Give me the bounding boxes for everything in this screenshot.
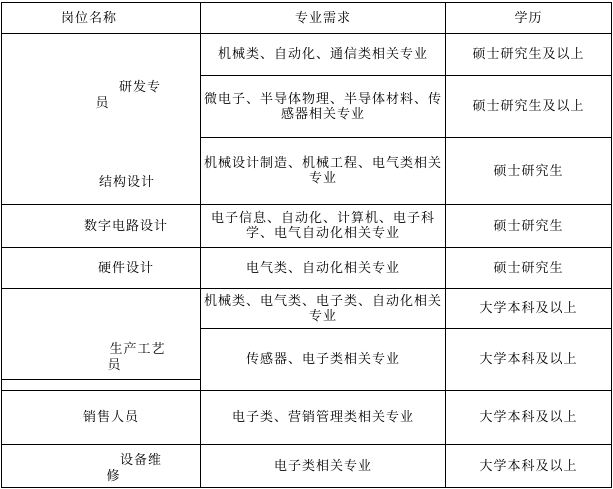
position-process-line1: 生产工艺 [2,342,200,358]
education-cell: 硕士研究生及以上 [446,34,612,76]
education-cell: 大学本科及以上 [446,445,612,488]
position-cell-process: 生产工艺 员 [2,289,201,391]
education-cell: 硕士研究生 [446,205,612,248]
table-row: 生产工艺 员 机械类、电气类、电子类、自动化相关 专业 大学本科及以上 [2,289,612,329]
table-row: 数字电路设计 电子信息、自动化、计算机、电子科 学、电气自动化相关专业 硕士研究… [2,205,612,248]
requirement-text: 专业 [201,309,445,324]
requirement-text: 电子信息、自动化、计算机、电子科 [201,211,445,226]
position-rnd-line1: 研发专 [2,80,200,96]
requirement-cell: 机械类、电气类、电子类、自动化相关 专业 [201,289,446,329]
position-maintenance-line2: 修 [2,469,200,485]
partial-divider-line [2,379,200,380]
position-structural: 结构设计 [2,175,200,191]
requirement-text: 机械设计制造、机械工程、电气类相关 [201,156,445,171]
requirement-text: 专业 [201,171,445,186]
education-cell: 大学本科及以上 [446,289,612,329]
position-process-line2: 员 [2,358,200,374]
education-cell: 大学本科及以上 [446,391,612,445]
position-cell-sales: 销售人员 [2,391,201,445]
position-cell-digital: 数字电路设计 [2,205,201,248]
header-row: 岗位名称 专业需求 学历 [2,3,612,34]
document-page: 岗位名称 专业需求 学历 研发专 员 结构设计 机械类、自动化、通信类相关专业 … [0,0,613,489]
requirement-text: 传感器、电子类相关专业 [201,352,445,367]
requirement-cell: 机械类、自动化、通信类相关专业 [201,34,446,76]
education-cell: 大学本科及以上 [446,329,612,391]
table-row: 硬件设计 电气类、自动化相关专业 硕士研究生 [2,248,612,289]
requirement-text: 电子类相关专业 [201,459,445,474]
requirement-cell: 电子类、营销管理类相关专业 [201,391,446,445]
requirement-cell: 电气类、自动化相关专业 [201,248,446,289]
table-row: 销售人员 电子类、营销管理类相关专业 大学本科及以上 [2,391,612,445]
requirement-text: 电气类、自动化相关专业 [201,261,445,276]
requirement-text: 感器相关专业 [201,107,445,122]
requirement-text: 机械类、电气类、电子类、自动化相关 [201,294,445,309]
header-position: 岗位名称 [2,3,201,34]
education-cell: 硕士研究生及以上 [446,76,612,138]
position-rnd-line2: 员 [2,96,200,112]
requirement-cell: 微电子、半导体物理、半导体材料、传 感器相关专业 [201,76,446,138]
education-cell: 硕士研究生 [446,248,612,289]
requirement-text: 机械类、自动化、通信类相关专业 [201,47,445,62]
recruitment-table: 岗位名称 专业需求 学历 研发专 员 结构设计 机械类、自动化、通信类相关专业 … [1,2,612,488]
requirement-text: 微电子、半导体物理、半导体材料、传 [201,92,445,107]
position-maintenance-line1: 设备维 [2,453,200,469]
position-cell-rnd-structural: 研发专 员 结构设计 [2,34,201,205]
table-row: 研发专 员 结构设计 机械类、自动化、通信类相关专业 硕士研究生及以上 [2,34,612,76]
position-cell-maintenance: 设备维 修 [2,445,201,488]
requirement-text: 学、电气自动化相关专业 [201,226,445,241]
header-position-label: 岗位名称 [61,11,117,26]
position-cell-hardware: 硬件设计 [2,248,201,289]
education-cell: 硕士研究生 [446,138,612,205]
requirement-cell: 机械设计制造、机械工程、电气类相关 专业 [201,138,446,205]
header-requirement: 专业需求 [201,3,446,34]
requirement-cell: 传感器、电子类相关专业 [201,329,446,391]
header-education: 学历 [446,3,612,34]
table-row: 设备维 修 电子类相关专业 大学本科及以上 [2,445,612,488]
requirement-cell: 电子信息、自动化、计算机、电子科 学、电气自动化相关专业 [201,205,446,248]
requirement-text: 电子类、营销管理类相关专业 [201,410,445,425]
requirement-cell: 电子类相关专业 [201,445,446,488]
